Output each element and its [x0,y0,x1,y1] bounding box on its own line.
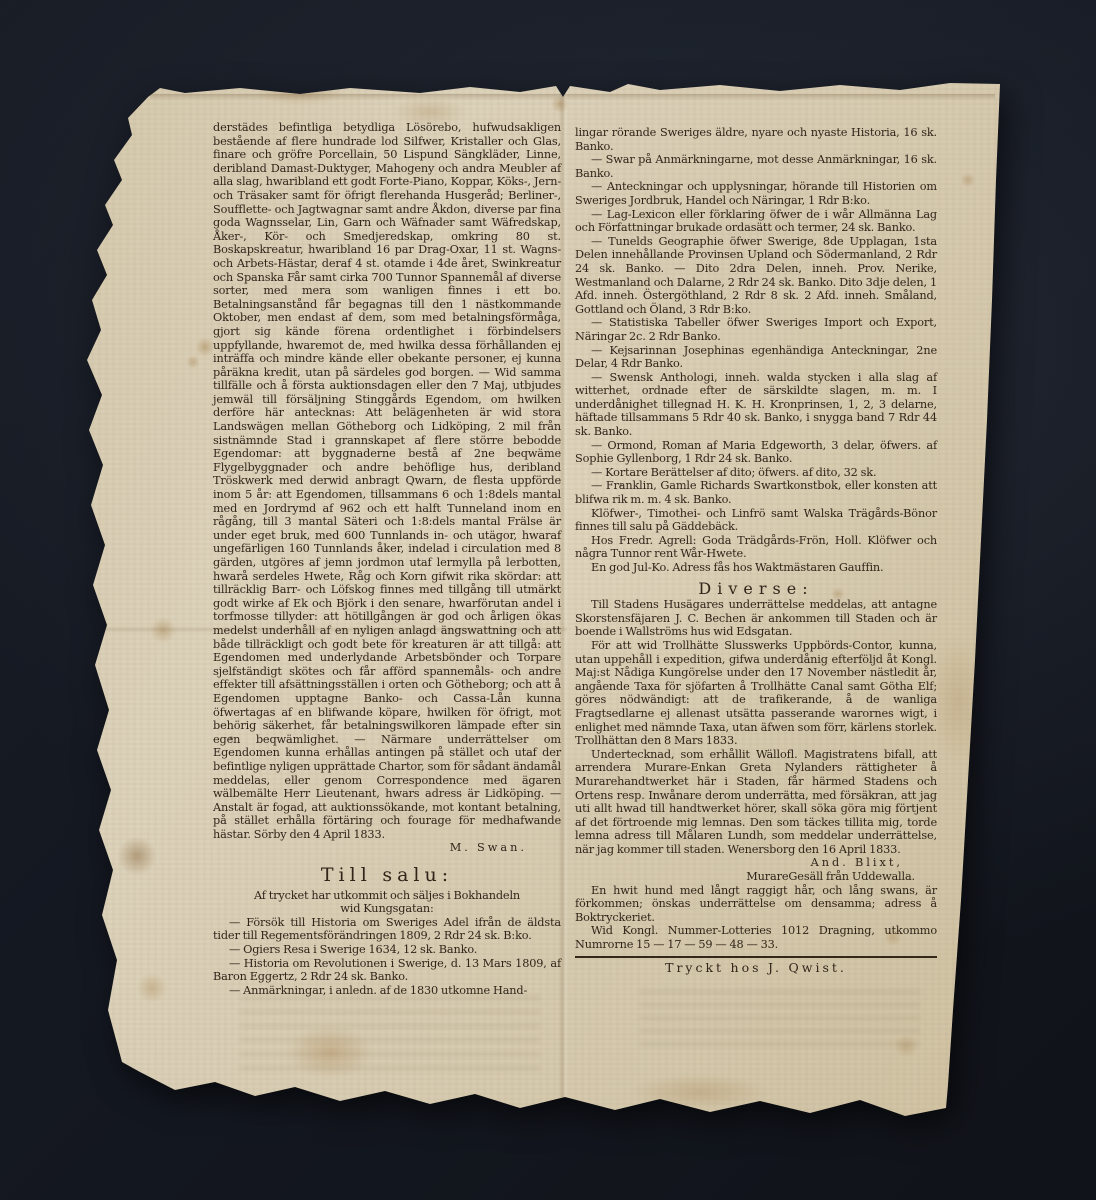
sale-item: — Lag-Lexicon eller förklaring öfwer de … [575,208,937,235]
sale-item: — Ormond, Roman af Maria Edgeworth, 3 de… [575,439,937,466]
notice-mason: Undertecknad, som erhållit Wällofl. Magi… [575,748,937,857]
sale-item: — Franklin, Gamle Richards Swartkonstbok… [575,479,937,506]
auction-signature: M. Swan. [213,841,561,855]
mason-signature-title: MurareGesäll från Uddewalla. [575,870,937,884]
sale-item: — Swar på Anmärkningarne, mot desse Anmä… [575,153,937,180]
sale-item: — Historia om Revolutionen i Swerige, d.… [213,957,561,984]
printer-imprint: Tryckt hos J. Qwist. [575,961,937,975]
auction-notice-text: derstädes befintliga betydliga Lösörebo,… [213,121,561,841]
sale-item-continuation: lingar rörande Sweriges äldre, nyare och… [575,126,937,153]
bookshop-subheading-line1: Af trycket har utkommit och säljes i Bok… [213,889,561,903]
paper-shadow-wrap: derstädes befintliga betydliga Lösörebo,… [0,0,1096,1200]
sale-item: — Swensk Anthologi, inneh. walda stycken… [575,371,937,439]
notice-chimney-sweep: Till Stadens Husägares underrättelse med… [575,598,937,639]
sale-item: — Kejsarinnan Josephinas egenhändiga Ant… [575,344,937,371]
sale-item: Hos Fredr. Agrell: Goda Trädgårds-Frön, … [575,534,937,561]
ink-showthrough-left [240,996,540,1071]
right-column: lingar rörande Sweriges äldre, nyare och… [575,126,937,974]
bookshop-subheading-line2: wid Kungsgatan: [213,902,561,916]
sale-item: — Ogiers Resa i Swerige 1634, 12 sk. Ban… [213,943,561,957]
newspaper-page: derstädes befintliga betydliga Lösörebo,… [0,0,1096,1200]
notice-lottery-draw: Wid Kongl. Nummer-Lotteries 1012 Dragnin… [575,924,937,951]
ink-showthrough-right [640,990,920,1048]
till-salu-heading: Till salu: [213,869,561,883]
sale-item: — Anteckningar och upplysningar, hörande… [575,180,937,207]
sale-item: — Statistiska Tabeller öfwer Sweriges Im… [575,316,937,343]
imprint-divider-rule [575,956,937,958]
sale-item: — Försök till Historia om Sweriges Adel … [213,916,561,943]
diverse-heading: Diverse: [575,582,937,596]
notice-lost-dog: En hwit hund med långt raggigt hår, och … [575,884,937,925]
sale-item: — Kortare Berättelser af dito; öfwers. a… [575,466,937,480]
sale-item: Klöfwer-, Timothei- och Linfrö samt Wals… [575,507,937,534]
sale-item: — Anmärkningar, i anledn. af de 1830 utk… [213,984,561,998]
notice-trollhatte-canal: För att wid Trollhätte Slusswerks Uppbör… [575,639,937,748]
photo-scene: derstädes befintliga betydliga Lösörebo,… [0,0,1096,1200]
sale-item: — Tunelds Geographie öfwer Swerige, 8de … [575,235,937,317]
top-edge-crease [150,94,995,100]
mason-signature-name: And. Blixt, [575,856,937,870]
sale-item: En god Jul-Ko. Adress fås hos Waktmästar… [575,561,937,575]
left-column: derstädes befintliga betydliga Lösörebo,… [213,121,561,997]
